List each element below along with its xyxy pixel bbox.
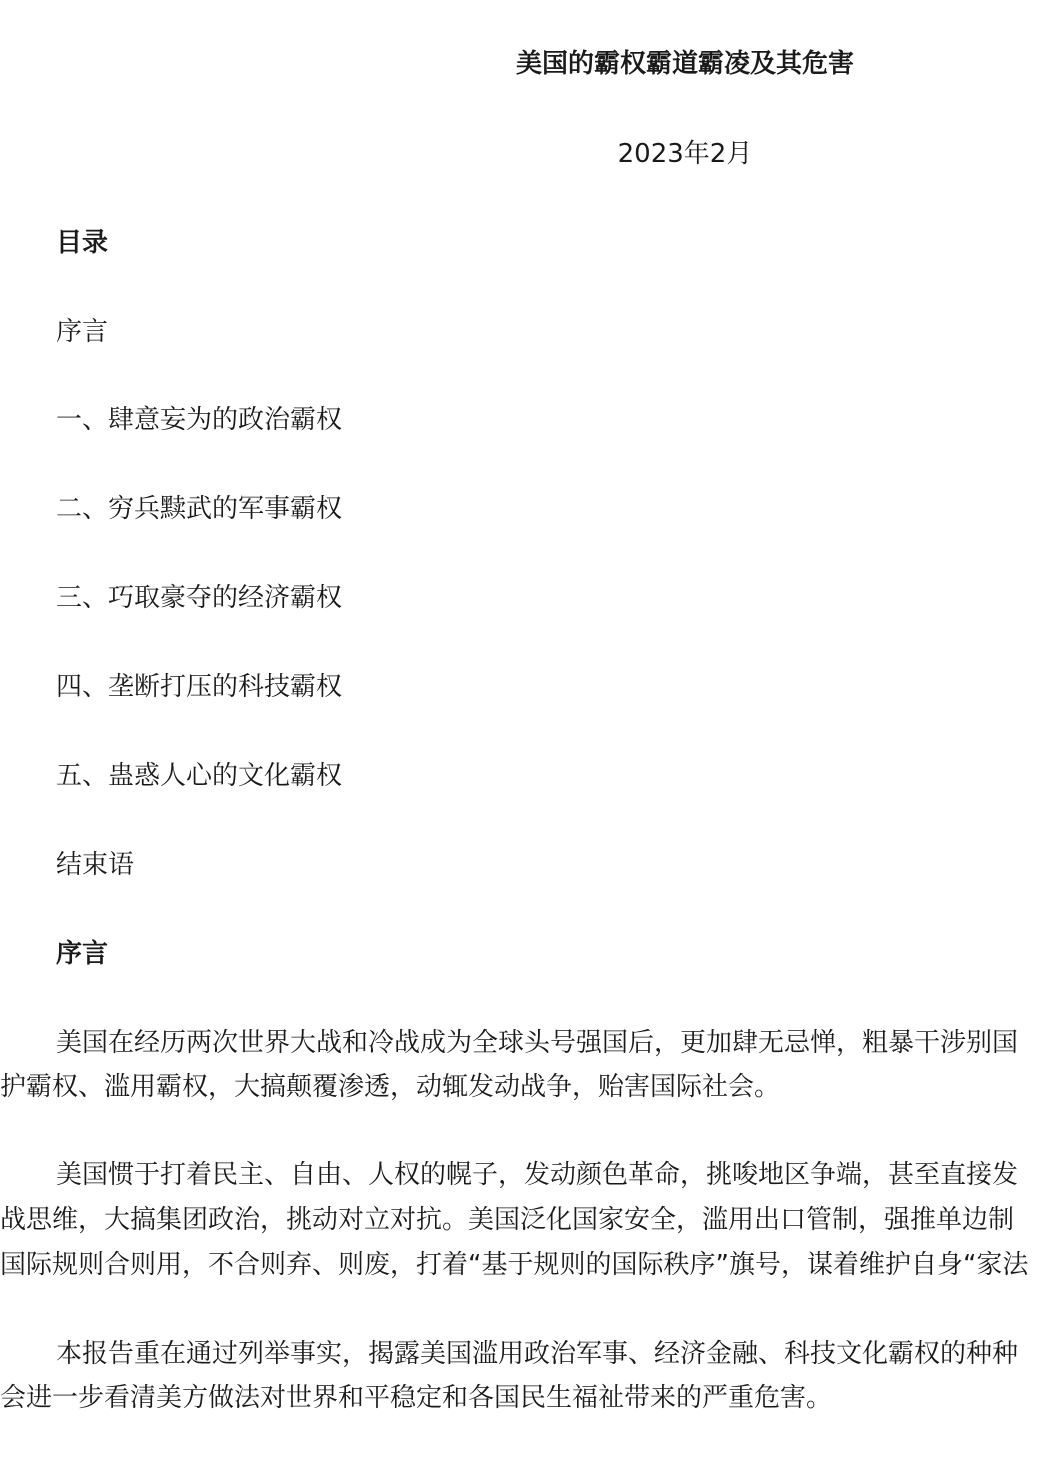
- toc-item-tech-hegemony[interactable]: 四、垄断打压的科技霸权: [56, 667, 342, 707]
- toc-item-economic-hegemony[interactable]: 三、巧取豪夺的经济霸权: [56, 578, 342, 618]
- toc-item-conclusion[interactable]: 结束语: [56, 845, 134, 885]
- paragraph-line: 本报告重在通过列举事实，揭露美国滥用政治军事、经济金融、科技文化霸权的种种: [56, 1334, 1018, 1374]
- preface-heading: 序言: [56, 934, 108, 974]
- toc-heading: 目录: [56, 223, 108, 263]
- paragraph-line: 国际规则合则用，不合则弃、则废，打着“基于规则的国际秩序”旗号，谋着维护自身“家…: [0, 1245, 1028, 1285]
- paragraph-line: 美国在经历两次世界大战和冷战成为全球头号强国后，更加肆无忌惮，粗暴干涉别国: [56, 1023, 1018, 1063]
- toc-item-cultural-hegemony[interactable]: 五、蛊惑人心的文化霸权: [56, 756, 342, 796]
- toc-item-military-hegemony[interactable]: 二、穷兵黩武的军事霸权: [56, 489, 342, 529]
- paragraph-line: 美国惯于打着民主、自由、人权的幌子，发动颜色革命，挑唆地区争端，甚至直接发: [56, 1155, 1018, 1195]
- paragraph-line: 战思维，大搞集团政治，挑动对立对抗。美国泛化国家安全，滥用出口管制，强推单边制: [0, 1200, 1014, 1240]
- toc-item-preface[interactable]: 序言: [56, 312, 108, 352]
- document-date: 2023年2月: [0, 134, 1059, 174]
- paragraph-line: 会进一步看清美方做法对世界和平稳定和各国民生福祉带来的严重危害。: [0, 1378, 832, 1418]
- document-title: 美国的霸权霸道霸凌及其危害: [0, 44, 1059, 84]
- document-page: 美国的霸权霸道霸凌及其危害 2023年2月 目录 序言 一、肆意妄为的政治霸权 …: [0, 0, 1059, 1463]
- paragraph-line: 护霸权、滥用霸权，大搞颠覆渗透，动辄发动战争，贻害国际社会。: [0, 1067, 780, 1107]
- toc-item-political-hegemony[interactable]: 一、肆意妄为的政治霸权: [56, 400, 342, 440]
